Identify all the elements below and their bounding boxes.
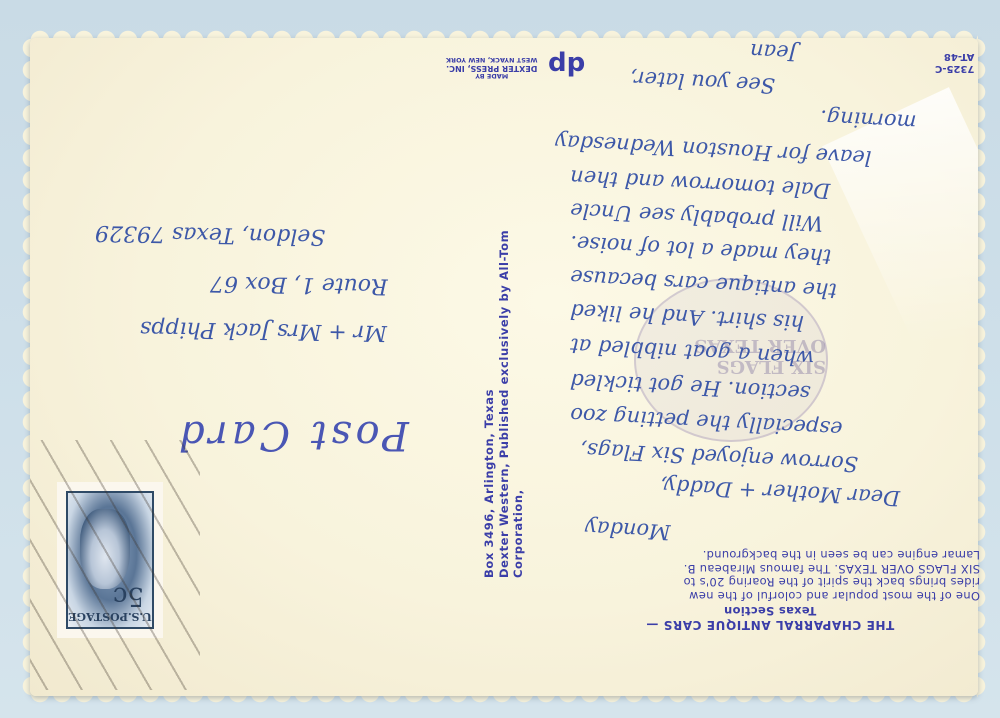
- caption-section: Texas Section: [560, 604, 980, 618]
- caption-line: rides brings back the spirit of the Roar…: [560, 575, 980, 589]
- publisher-line-2: Box 3496, Arlington, Texas: [482, 278, 496, 578]
- caption-line: One of the most popular and colorful of …: [560, 589, 980, 603]
- address-line: Mr + Mrs Jack Phipps: [140, 316, 387, 345]
- code-line: AT-48: [935, 50, 974, 62]
- address-line: Route 1, Box 67: [210, 270, 388, 298]
- stamp-portrait-frame: U.S.POSTAGE 5c: [66, 491, 154, 629]
- code-line: 7325-C: [935, 62, 974, 74]
- caption-title: THE CHAPARRAL ANTIQUE CARS —: [560, 618, 980, 632]
- maker-line: MADE BY: [446, 72, 537, 80]
- portrait-icon: [80, 509, 130, 589]
- caption-block: THE CHAPARRAL ANTIQUE CARS — Texas Secti…: [560, 548, 980, 634]
- maker-line: DEXTER PRESS, INC.: [446, 64, 537, 72]
- stamp-denomination: 5c: [113, 581, 144, 611]
- post-card-label: Post Card: [175, 412, 409, 458]
- dp-logo: dp: [548, 50, 585, 80]
- stamp-text: U.S.POSTAGE: [68, 610, 152, 623]
- address-line: Seldon, Texas 79329: [95, 220, 326, 249]
- message-line: Monday: [584, 516, 671, 544]
- card-codes: 7325-C AT-48: [935, 50, 974, 74]
- maker-imprint: MADE BY DEXTER PRESS, INC. WEST NYACK, N…: [446, 56, 537, 80]
- maker-line: WEST NYACK, NEW YORK: [446, 56, 537, 64]
- message-line: Jean: [749, 39, 797, 65]
- publisher-line-1: Dexter Western, Published exclusively by…: [497, 138, 525, 578]
- message-line: morning.: [819, 105, 917, 134]
- caption-line: Lamar engine can be seen in the backgrou…: [560, 548, 980, 562]
- postage-stamp: U.S.POSTAGE 5c: [60, 485, 160, 635]
- caption-line: SIX FLAGS OVER TEXAS. The famous Mirabea…: [560, 562, 980, 576]
